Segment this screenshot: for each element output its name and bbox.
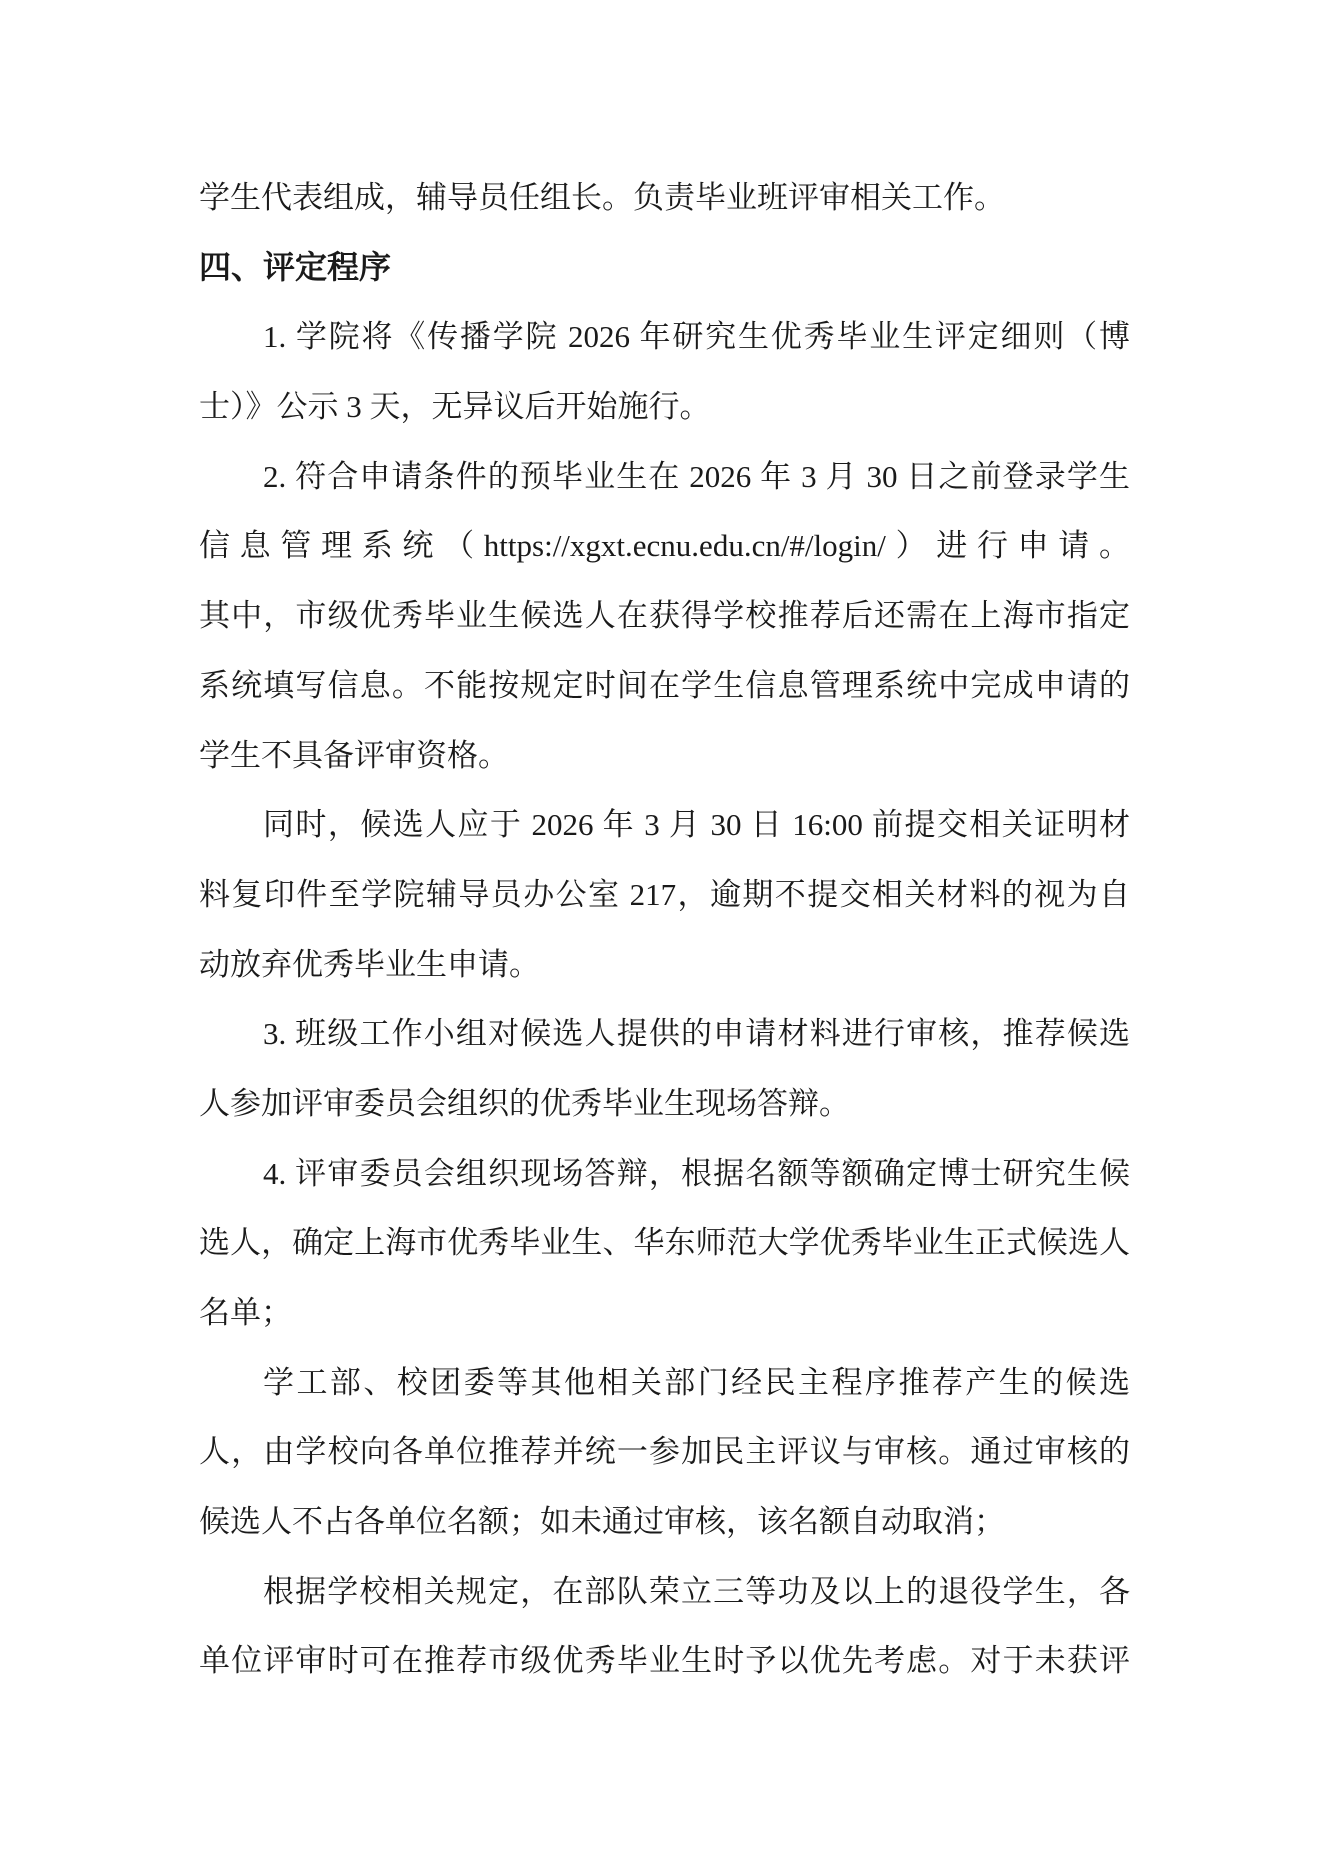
document-text-block: 学生代表组成，辅导员任组长。负责毕业班评审相关工作。四、评定程序1. 学院将《传… [199, 163, 1130, 1696]
paragraph-line: 同时，候选人应于 2026 年 3 月 30 日 16:00 前提交相关证明材 [199, 790, 1130, 860]
paragraph-line: 候选人不占各单位名额；如未通过审核，该名额自动取消； [199, 1487, 1130, 1557]
document-page: 学生代表组成，辅导员任组长。负责毕业班评审相关工作。四、评定程序1. 学院将《传… [0, 0, 1323, 1871]
paragraph-line: 根据学校相关规定，在部队荣立三等功及以上的退役学生，各 [199, 1557, 1130, 1627]
list-item-2-line: 信息管理系统（https://xgxt.ecnu.edu.cn/#/login/… [199, 511, 1130, 581]
list-item-3-line: 3. 班级工作小组对候选人提供的申请材料进行审核，推荐候选 [199, 999, 1130, 1069]
list-item-1-line: 1. 学院将《传播学院 2026 年研究生优秀毕业生评定细则（博 [199, 302, 1130, 372]
list-item-3-line: 人参加评审委员会组织的优秀毕业生现场答辩。 [199, 1069, 1130, 1139]
list-item-2-line: 系统填写信息。不能按规定时间在学生信息管理系统中完成申请的 [199, 651, 1130, 721]
list-item-4-line: 4. 评审委员会组织现场答辩，根据名额等额确定博士研究生候 [199, 1139, 1130, 1209]
section-heading: 四、评定程序 [199, 233, 1130, 303]
list-item-2-line: 2. 符合申请条件的预毕业生在 2026 年 3 月 30 日之前登录学生 [199, 442, 1130, 512]
list-item-4-line: 名单； [199, 1278, 1130, 1348]
paragraph-line: 动放弃优秀毕业生申请。 [199, 930, 1130, 1000]
paragraph-line: 单位评审时可在推荐市级优秀毕业生时予以优先考虑。对于未获评 [199, 1626, 1130, 1696]
paragraph-line: 料复印件至学院辅导员办公室 217，逾期不提交相关材料的视为自 [199, 860, 1130, 930]
paragraph-continuation-line: 学生代表组成，辅导员任组长。负责毕业班评审相关工作。 [199, 163, 1130, 233]
list-item-2-line: 学生不具备评审资格。 [199, 721, 1130, 791]
list-item-4-line: 选人，确定上海市优秀毕业生、华东师范大学优秀毕业生正式候选人 [199, 1208, 1130, 1278]
list-item-2-line: 其中，市级优秀毕业生候选人在获得学校推荐后还需在上海市指定 [199, 581, 1130, 651]
list-item-1-line: 士）》公示 3 天，无异议后开始施行。 [199, 372, 1130, 442]
paragraph-line: 人，由学校向各单位推荐并统一参加民主评议与审核。通过审核的 [199, 1417, 1130, 1487]
paragraph-line: 学工部、校团委等其他相关部门经民主程序推荐产生的候选 [199, 1348, 1130, 1418]
